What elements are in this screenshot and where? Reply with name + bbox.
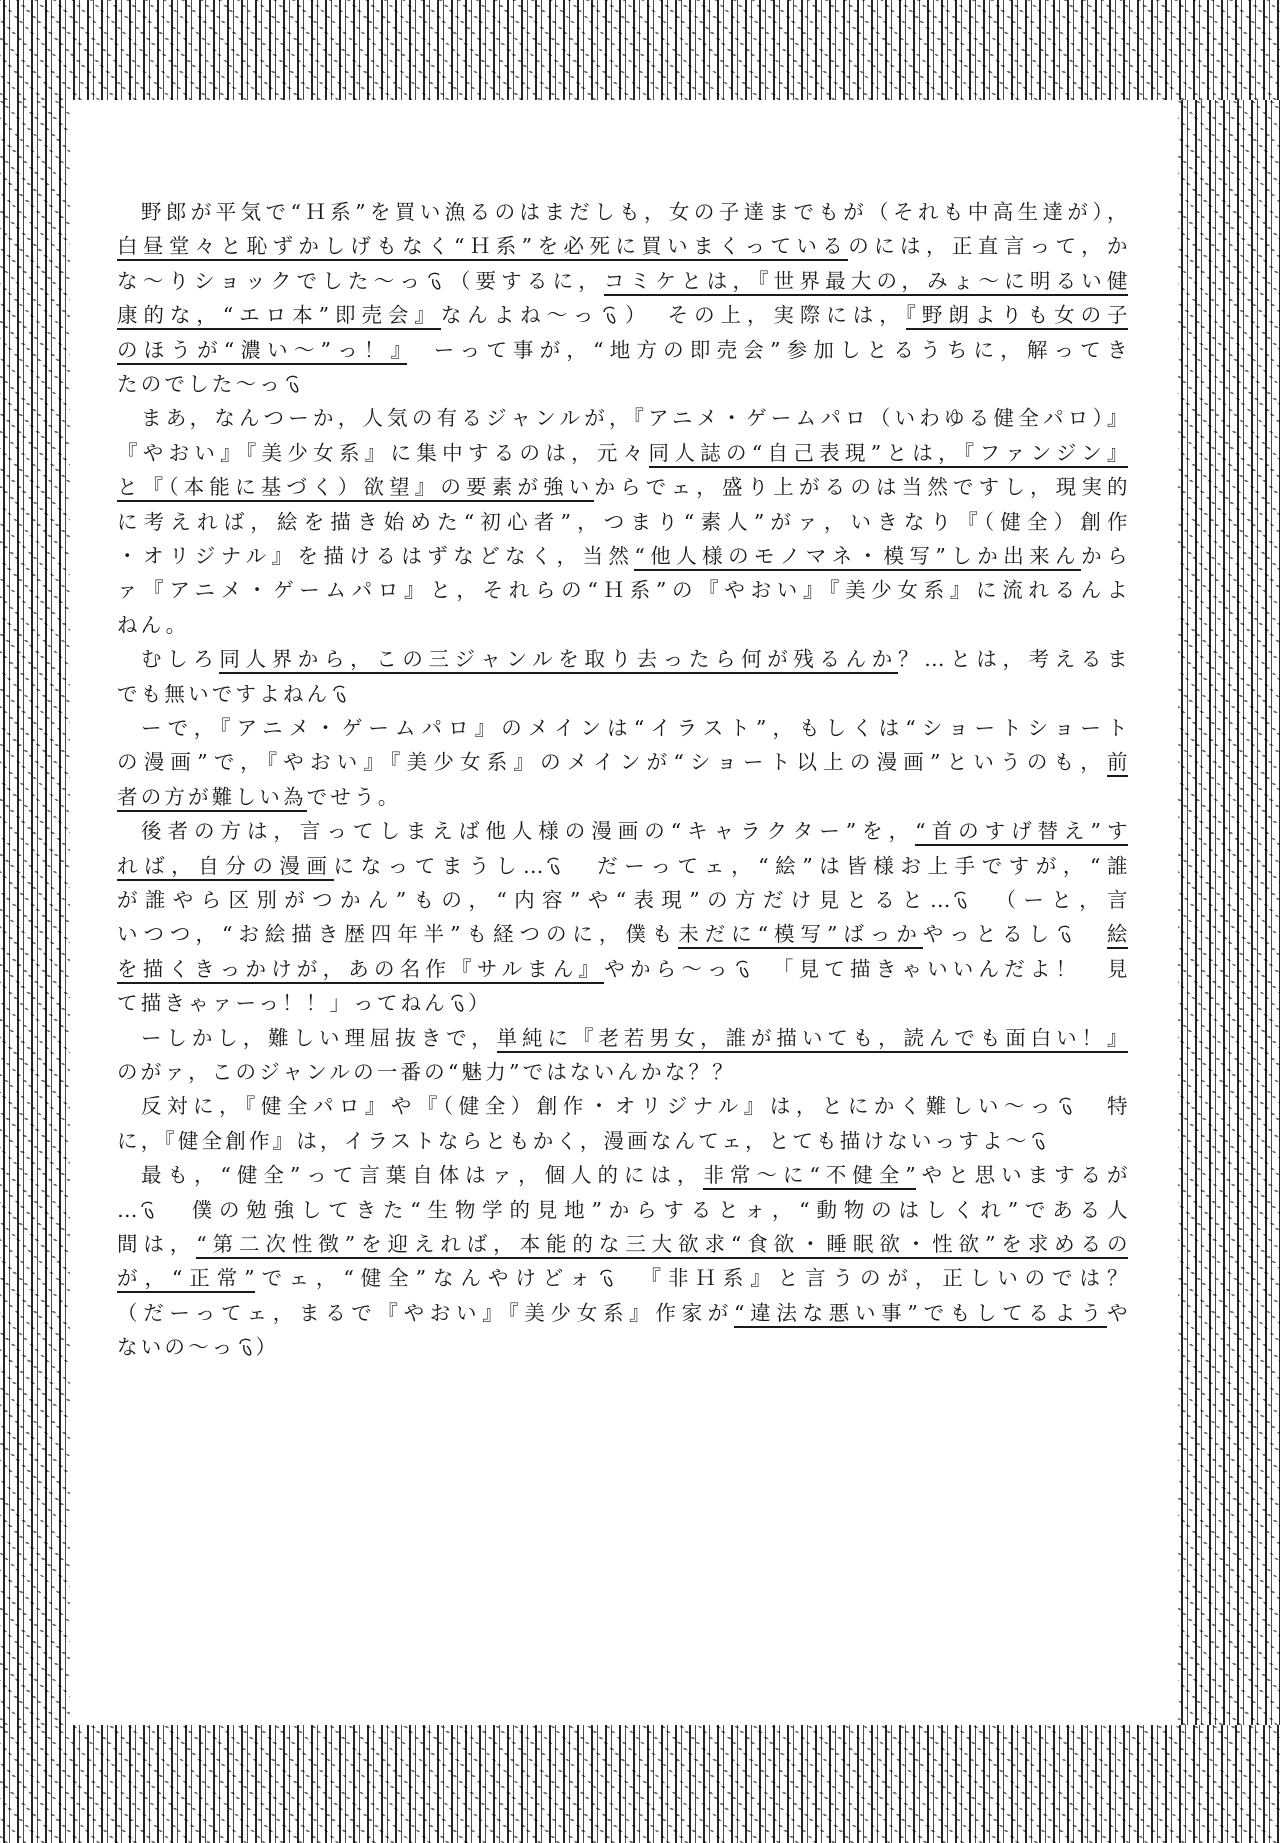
text-segment: いつつ，“お絵描き歴四年半”も経つのに，僕も (117, 922, 678, 946)
text-line: ァ『アニメ・ゲームパロ』と，それらの“Ｈ系”の『やおい』『美少女系』に流れるんよ (117, 573, 1128, 607)
underlined-phrase: と『（本能に基づく）欲望』の要素が強い (117, 475, 594, 502)
text-segment: でも無いですよねん (117, 682, 330, 706)
sweat-drop-icon (138, 1199, 158, 1221)
text-segment: からでェ，盛り上がるのは当然ですし，現実的 (594, 475, 1128, 499)
text-segment: 僕の勉強してきた“生物学的見地”からするとォ，“動物のはしくれ”である人 (158, 1198, 1128, 1222)
sweat-drop-icon (1056, 1095, 1076, 1117)
text-segment: のには，正直言って，か (848, 234, 1128, 258)
text-segment: （ーと，言 (971, 888, 1128, 912)
sweat-drop-icon (951, 889, 971, 911)
text-line: 者の方が難しい為でせう。 (117, 780, 1128, 814)
text-line: が，“正常”でェ，“健全”なんやけどォ 『非Ｈ系』と言うのが，正しいのでは？ (117, 1261, 1128, 1295)
text-segment: ？…とは，考えるま (898, 647, 1128, 671)
underlined-phrase: コミケとは，『世界最大の，みょ～に明るい健 (604, 269, 1128, 296)
sweat-drop-icon (1055, 923, 1075, 945)
text-line: のがァ，このジャンルの一番の“魅力”ではないんかな？？ (117, 1055, 1128, 1089)
text-line: 反対に，『健全パロ』や『（健全）創作・オリジナル』は，とにかく難しい～っ 特 (117, 1089, 1128, 1123)
text-segment: な～りショックでした～っ (117, 269, 425, 293)
text-segment: 『やおい』『美少女系』に集中するのは，元々 (117, 441, 649, 465)
text-line: たのでした～っ (117, 367, 1128, 401)
underlined-phrase: 同人界から，この三ジャンルを取り去ったら何が残るんか (219, 647, 898, 674)
text-segment: になってまうし… (334, 854, 544, 878)
text-segment: ァ『アニメ・ゲームパロ』と，それらの“Ｈ系”の『やおい』『美少女系』に流れるんよ (117, 578, 1128, 602)
underlined-phrase: 単純に『老若男女，誰が描いても，読んでも面白い！』 (497, 1026, 1128, 1053)
text-line: て描きゃァーっ！！」ってねん ） (117, 986, 1128, 1020)
noise-border-bottom (0, 1725, 1280, 1843)
text-segment: でせう。 (307, 785, 402, 809)
text-line: の漫画”で，『やおい』『美少女系』のメインが“ショート以上の漫画”というのも，前 (117, 745, 1128, 779)
text-segment: の漫画”で，『やおい』『美少女系』のメインが“ショート以上の漫画”というのも， (117, 750, 1107, 774)
text-line: と『（本能に基づく）欲望』の要素が強いからでェ，盛り上がるのは当然ですし，現実的 (117, 470, 1128, 504)
text-segment: 「見て描きゃいいんだよ！ 見 (753, 957, 1128, 981)
sweat-drop-icon (597, 1267, 617, 1289)
underlined-phrase: 未だに“模写”ばっか (678, 922, 923, 949)
text-segment: でェ，“健全”なんやけどォ (255, 1266, 597, 1290)
text-segment: が誰やら区別がつかん”もの，“内容”や“表現”の方だけ見とると… (117, 888, 951, 912)
underlined-phrase: 『野朗よりも女の子 (906, 303, 1128, 330)
text-segment: 野郎が平気で“Ｈ系”を買い漁るのはまだしも，女の子達までもが（それも中高生達が）… (141, 200, 1128, 224)
text-line: 最も，“健全”って言葉自体はァ，個人的には，非常～に“不健全”やと思いまするが (117, 1158, 1128, 1192)
text-segment: のがァ，このジャンルの一番の“魅力”ではないんかな？？ (117, 1060, 736, 1084)
text-segment: ） その上，実際には， (620, 303, 906, 327)
underlined-phrase: 絵 (1107, 922, 1128, 949)
underlined-phrase: 者の方が難しい為 (117, 785, 307, 812)
sweat-drop-icon (236, 1336, 256, 1358)
text-segment: ） (468, 991, 492, 1015)
underlined-phrase: 同人誌の“自己表現”とは，『ファンジン』 (649, 441, 1128, 468)
text-segment: だーってェ，“絵”は皆様お上手ですが，“誰 (564, 854, 1128, 878)
underlined-phrase: 康的な，“エロ本”即売会』 (117, 303, 441, 330)
text-segment: ーで，『アニメ・ゲームパロ』のメインは“イラスト”，もしくは“ショートショート (141, 716, 1128, 740)
text-segment: まあ，なんつーか，人気の有るジャンルが，『アニメ・ゲームパロ（いわゆる健全パロ）… (141, 406, 1128, 430)
text-segment: 反対に，『健全パロ』や『（健全）創作・オリジナル』は，とにかく難しい～っ (141, 1094, 1056, 1118)
sweat-drop-icon (425, 270, 445, 292)
text-segment: 特 (1076, 1094, 1128, 1118)
text-line: むしろ同人界から，この三ジャンルを取り去ったら何が残るんか？…とは，考えるま (117, 642, 1128, 676)
sweat-drop-icon (600, 304, 620, 326)
text-segment: に考えれば，絵を描き始めた“初心者”，つまり“素人”がァ，いきなり『（健全）創作 (117, 510, 1128, 534)
text-segment: たのでした～っ (117, 372, 283, 396)
underlined-phrase: “他人様のモノマネ・模写”しか出来ん (634, 544, 1081, 571)
text-segment (1075, 922, 1107, 946)
underlined-phrase: “首のすげ替え”す (915, 819, 1128, 846)
text-segment: なんよね～っ (441, 303, 600, 327)
text-segment: て描きゃァーっ！！」ってねん (117, 991, 448, 1015)
text-line: 間は，“第二次性徴”を迎えれば，本能的な三大欲求“食欲・睡眠欲・性欲”を求めるの (117, 1227, 1128, 1261)
text-line: を描くきっかけが，あの名作『サルまん』やから～っ 「見て描きゃいいんだよ！ 見 (117, 952, 1128, 986)
text-line: に，『健全創作』は，イラストならともかく，漫画なんてェ，とても描けないっすよ～ (117, 1124, 1128, 1158)
text-line: いつつ，“お絵描き歴四年半”も経つのに，僕も未だに“模写”ばっかやっとるし 絵 (117, 917, 1128, 951)
text-segment: や (1107, 1301, 1128, 1325)
text-segment: ） (256, 1335, 280, 1359)
underlined-phrase: 前 (1107, 750, 1128, 777)
text-line: 『やおい』『美少女系』に集中するのは，元々同人誌の“自己表現”とは，『ファンジン… (117, 436, 1128, 470)
text-segment: ないの～っ (117, 1335, 236, 1359)
text-line: が誰やら区別がつかん”もの，“内容”や“表現”の方だけ見とると… （ーと，言 (117, 883, 1128, 917)
underlined-phrase: “違法な悪い事”でもしてるよう (734, 1301, 1107, 1328)
text-segment: やっとるし (923, 922, 1055, 946)
underlined-phrase: 白昼堂々と恥ずかしげもなく“Ｈ系”を必死に買いまくっている (117, 234, 848, 261)
text-line: ーしかし，難しい理屈抜きで，単純に『老若男女，誰が描いても，読んでも面白い！』 (117, 1021, 1128, 1055)
text-segment: （だーってェ，まるで『やおい』『美少女系』作家が (117, 1301, 734, 1325)
underlined-phrase: 非常～に“不健全” (703, 1163, 916, 1190)
text-segment: ・オリジナル』を描けるはずなどなく，当然 (117, 544, 634, 568)
sweat-drop-icon (544, 855, 564, 877)
noise-border-right (1178, 100, 1280, 1725)
text-line: 後者の方は，言ってしまえば他人様の漫画の“キャラクター”を，“首のすげ替え”す (117, 814, 1128, 848)
underlined-phrase: のほうが“濃い～”っ！』 (117, 338, 407, 365)
text-segment: から (1081, 544, 1128, 568)
text-line: 野郎が平気で“Ｈ系”を買い漁るのはまだしも，女の子達までもが（それも中高生達が）… (117, 195, 1128, 229)
sweat-drop-icon (733, 958, 753, 980)
text-segment: に，『健全創作』は，イラストならともかく，漫画なんてェ，とても描けないっすよ～ (117, 1129, 1029, 1153)
text-line: れば，自分の漫画になってまうし… だーってェ，“絵”は皆様お上手ですが，“誰 (117, 849, 1128, 883)
text-segment: 『非Ｈ系』と言うのが，正しいのでは？ (617, 1266, 1128, 1290)
text-line: … 僕の勉強してきた“生物学的見地”からするとォ，“動物のはしくれ”である人 (117, 1193, 1128, 1227)
text-line: ーで，『アニメ・ゲームパロ』のメインは“イラスト”，もしくは“ショートショート (117, 711, 1128, 745)
noise-border-top (0, 0, 1280, 100)
sweat-drop-icon (448, 992, 468, 1014)
text-segment: 間は， (117, 1232, 196, 1256)
text-line: ・オリジナル』を描けるはずなどなく，当然“他人様のモノマネ・模写”しか出来んから (117, 539, 1128, 573)
underlined-phrase: が，“正常” (117, 1266, 255, 1293)
noise-border-left (0, 100, 70, 1725)
text-segment: ねん。 (117, 613, 189, 637)
text-line: まあ，なんつーか，人気の有るジャンルが，『アニメ・ゲームパロ（いわゆる健全パロ）… (117, 401, 1128, 435)
text-segment: ーしかし，難しい理屈抜きで， (141, 1026, 497, 1050)
text-line: ねん。 (117, 608, 1128, 642)
text-line: ないの～っ ） (117, 1330, 1128, 1364)
text-segment: … (117, 1198, 138, 1222)
text-line: （だーってェ，まるで『やおい』『美少女系』作家が“違法な悪い事”でもしてるようや (117, 1296, 1128, 1330)
underlined-phrase: を描くきっかけが，あの名作『サルまん』 (117, 957, 604, 984)
text-segment: やから～っ (604, 957, 733, 981)
underlined-phrase: “第二次性徴”を迎えれば，本能的な三大欲求“食欲・睡眠欲・性欲”を求めるの (196, 1232, 1128, 1259)
text-segment: 後者の方は，言ってしまえば他人様の漫画の“キャラクター”を， (141, 819, 915, 843)
text-segment: （要するに， (445, 269, 604, 293)
text-segment: やと思いまするが (916, 1163, 1128, 1187)
text-segment: 最も，“健全”って言葉自体はァ，個人的には， (141, 1163, 703, 1187)
sweat-drop-icon (1029, 1130, 1049, 1152)
text-segment: むしろ (141, 647, 219, 671)
text-line: な～りショックでした～っ （要するに，コミケとは，『世界最大の，みょ～に明るい健 (117, 264, 1128, 298)
text-line: でも無いですよねん (117, 677, 1128, 711)
text-segment: ーって事が，“地方の即売会”参加しとるうちに，解ってき (407, 338, 1128, 362)
text-line: に考えれば，絵を描き始めた“初心者”，つまり“素人”がァ，いきなり『（健全）創作 (117, 505, 1128, 539)
sweat-drop-icon (330, 683, 350, 705)
text-line: のほうが“濃い～”っ！』 ーって事が，“地方の即売会”参加しとるうちに，解ってき (117, 333, 1128, 367)
text-line: 白昼堂々と恥ずかしげもなく“Ｈ系”を必死に買いまくっているのには，正直言って，か (117, 229, 1128, 263)
underlined-phrase: れば，自分の漫画 (117, 854, 334, 881)
sweat-drop-icon (283, 373, 303, 395)
text-line: 康的な，“エロ本”即売会』なんよね～っ ） その上，実際には，『野朗よりも女の子 (117, 298, 1128, 332)
